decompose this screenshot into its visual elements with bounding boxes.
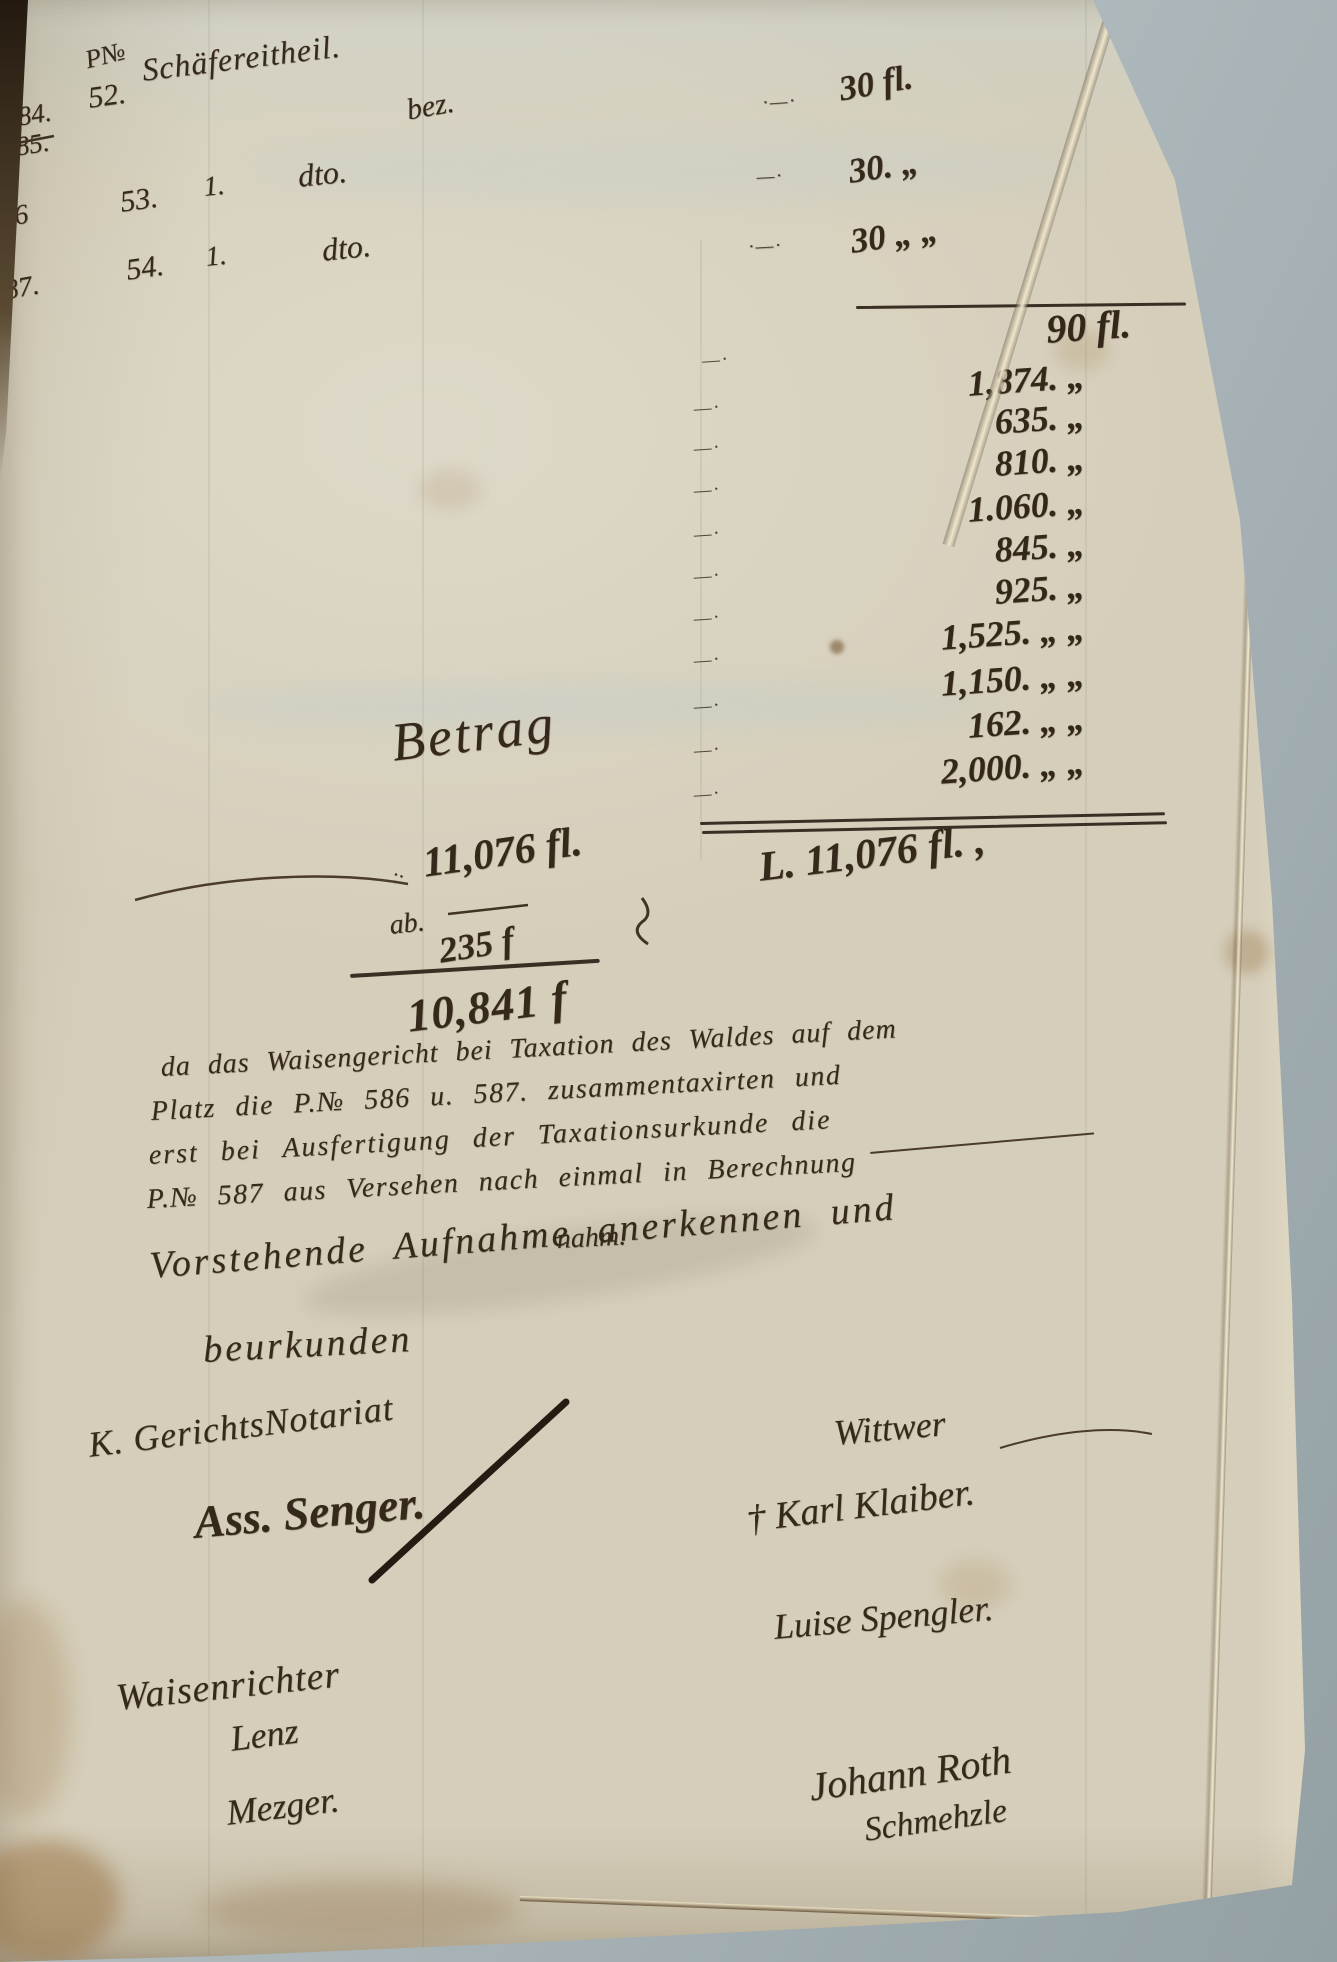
- signature-notary: Ass. Senger.: [192, 1476, 427, 1549]
- dash-marker: —·: [701, 348, 729, 373]
- dash-marker: ·—·: [748, 234, 783, 259]
- entry-number: 53.: [118, 181, 160, 220]
- dash-marker: —·: [693, 564, 721, 589]
- dash-marker: —·: [693, 738, 721, 763]
- dash-marker: —·: [693, 522, 721, 547]
- dash-marker: —·: [756, 165, 784, 189]
- dash-marker: —·: [693, 436, 721, 461]
- paper-stain: [200, 1880, 520, 1940]
- amount-value: 1,150. „ „: [939, 653, 1086, 705]
- entry-number: 52.: [86, 77, 128, 116]
- entry-quantity: 1.: [204, 240, 228, 274]
- witness-signature-line2: Schmehzle: [862, 1792, 1009, 1850]
- amount-value: 845. „: [993, 523, 1086, 571]
- dash-marker: —·: [693, 694, 721, 719]
- ab-label: ab.: [388, 906, 426, 941]
- amount-value: 90 fl.: [1045, 300, 1133, 353]
- dash-marker: —·: [693, 478, 721, 503]
- entry-amount: 30 „ „: [848, 210, 940, 262]
- witness-tail-flourish: [1000, 1430, 1152, 1448]
- entry-description: dto.: [296, 153, 348, 195]
- paper-stain: [420, 470, 480, 510]
- page-edge-bottom: [520, 1896, 1320, 1932]
- signature-office: K. GerichtsNotariat: [86, 1387, 396, 1466]
- judge-signature: Lenz: [228, 1710, 301, 1760]
- sum-left-prefix: :·: [392, 866, 404, 889]
- paper-crease: [1085, 0, 1087, 1962]
- amount-value: 810. „: [993, 437, 1086, 485]
- amount-value: 2,000. „ „: [939, 741, 1086, 793]
- ab-dash-line: [448, 905, 528, 914]
- column-header: P№: [82, 36, 128, 75]
- ledger-page: P№ 284. 285. 52. Schäfereitheil. bez. ·—…: [0, 0, 1337, 1962]
- swash-flourish: [135, 877, 408, 900]
- dash-marker: ·—·: [762, 90, 797, 115]
- note-underline: [870, 1132, 1094, 1154]
- entry-amount: 30 fl.: [836, 57, 916, 109]
- page-edge-right: [1202, 430, 1258, 1900]
- amount-value: 635. „: [993, 395, 1086, 443]
- amount-value: 162. „ „: [966, 697, 1086, 747]
- witness-signature: † Karl Klaiber.: [744, 1470, 977, 1542]
- entry-note: bez.: [404, 86, 457, 128]
- witness-heading: Wittwer: [832, 1402, 947, 1454]
- judge-signature: Mezger.: [224, 1778, 341, 1833]
- sum-left: 11,076 fl.: [420, 818, 585, 888]
- fl-squiggle: [637, 898, 648, 944]
- paper-stain: [0, 1600, 70, 1820]
- entry-number: 54.: [124, 249, 166, 288]
- amount-value: 1,525. „ „: [939, 607, 1086, 659]
- paper-stain: [0, 1840, 120, 1960]
- dash-marker: —·: [693, 396, 721, 421]
- light-reflection: [250, 140, 1100, 200]
- witness-signature: Luise Spengler.: [772, 1587, 995, 1648]
- entry-description: Schäfereitheil.: [140, 28, 343, 89]
- entry-description: dto.: [320, 227, 372, 269]
- paper-crease: [422, 0, 424, 1962]
- dash-marker: —·: [693, 648, 721, 673]
- amount-value: 925. „: [993, 565, 1086, 613]
- dash-marker: —·: [693, 782, 721, 807]
- attestation-line: beurkunden: [202, 1317, 413, 1372]
- photo-of-handwritten-ledger: P№ 284. 285. 52. Schäfereitheil. bez. ·—…: [0, 0, 1337, 1962]
- judge-role: Waisenrichter: [114, 1653, 342, 1720]
- dash-marker: —·: [693, 606, 721, 631]
- entry-quantity: 1.: [202, 170, 226, 204]
